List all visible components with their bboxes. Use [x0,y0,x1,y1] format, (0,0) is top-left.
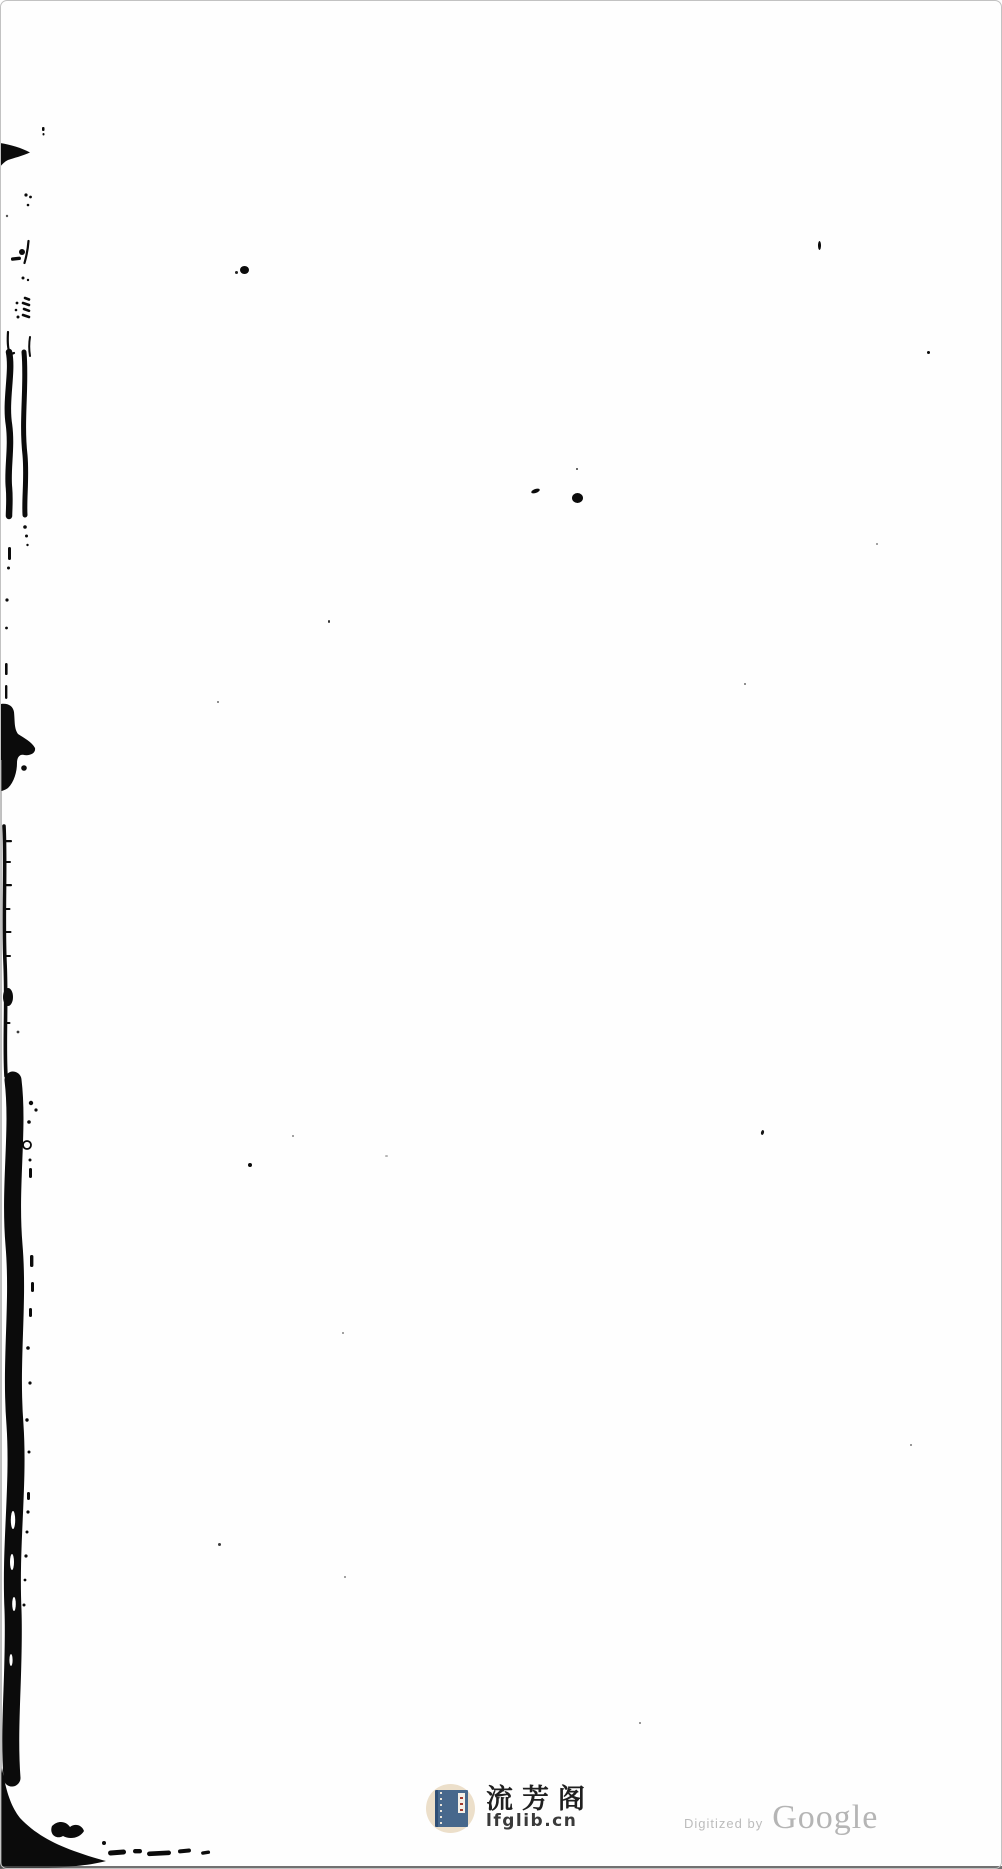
lfglib-logo-icon [426,1784,475,1833]
book-title-label [458,1793,465,1813]
ink-speck [385,1155,388,1157]
ink-speck [235,271,238,274]
ink-speck [927,351,930,354]
ink-speck [572,493,583,503]
ink-stains [0,0,1002,1869]
digitized-by-label: Digitized by [684,1816,763,1831]
ink-speck [248,1163,252,1167]
ink-speck [218,1543,221,1546]
ink-speck [818,241,821,250]
ink-speck [910,1444,912,1446]
ink-speck [292,1135,294,1137]
ink-speck [744,683,746,685]
lfglib-site-name: 流芳阁 [486,1787,594,1813]
scan-left-edge [0,760,2,1869]
ink-speck [876,543,878,545]
ink-speck [328,620,330,623]
ink-speck [344,1576,346,1578]
ink-speck [240,266,249,274]
ink-speck [342,1332,344,1334]
ink-speck [217,701,219,703]
ink-speck [639,1722,641,1724]
google-logo: Google [772,1799,878,1837]
google-watermark: Digitized by Google [684,1799,878,1837]
lfglib-site-domain: lfglib.cn [486,1813,594,1830]
ink-speck [576,468,578,470]
scanned-page: 流芳阁 lfglib.cn Digitized by Google [0,0,1002,1869]
lfglib-watermark: 流芳阁 lfglib.cn [426,1784,594,1833]
lfglib-text-block: 流芳阁 lfglib.cn [486,1787,594,1830]
book-icon [435,1790,468,1827]
book-stitching [440,1792,442,1825]
